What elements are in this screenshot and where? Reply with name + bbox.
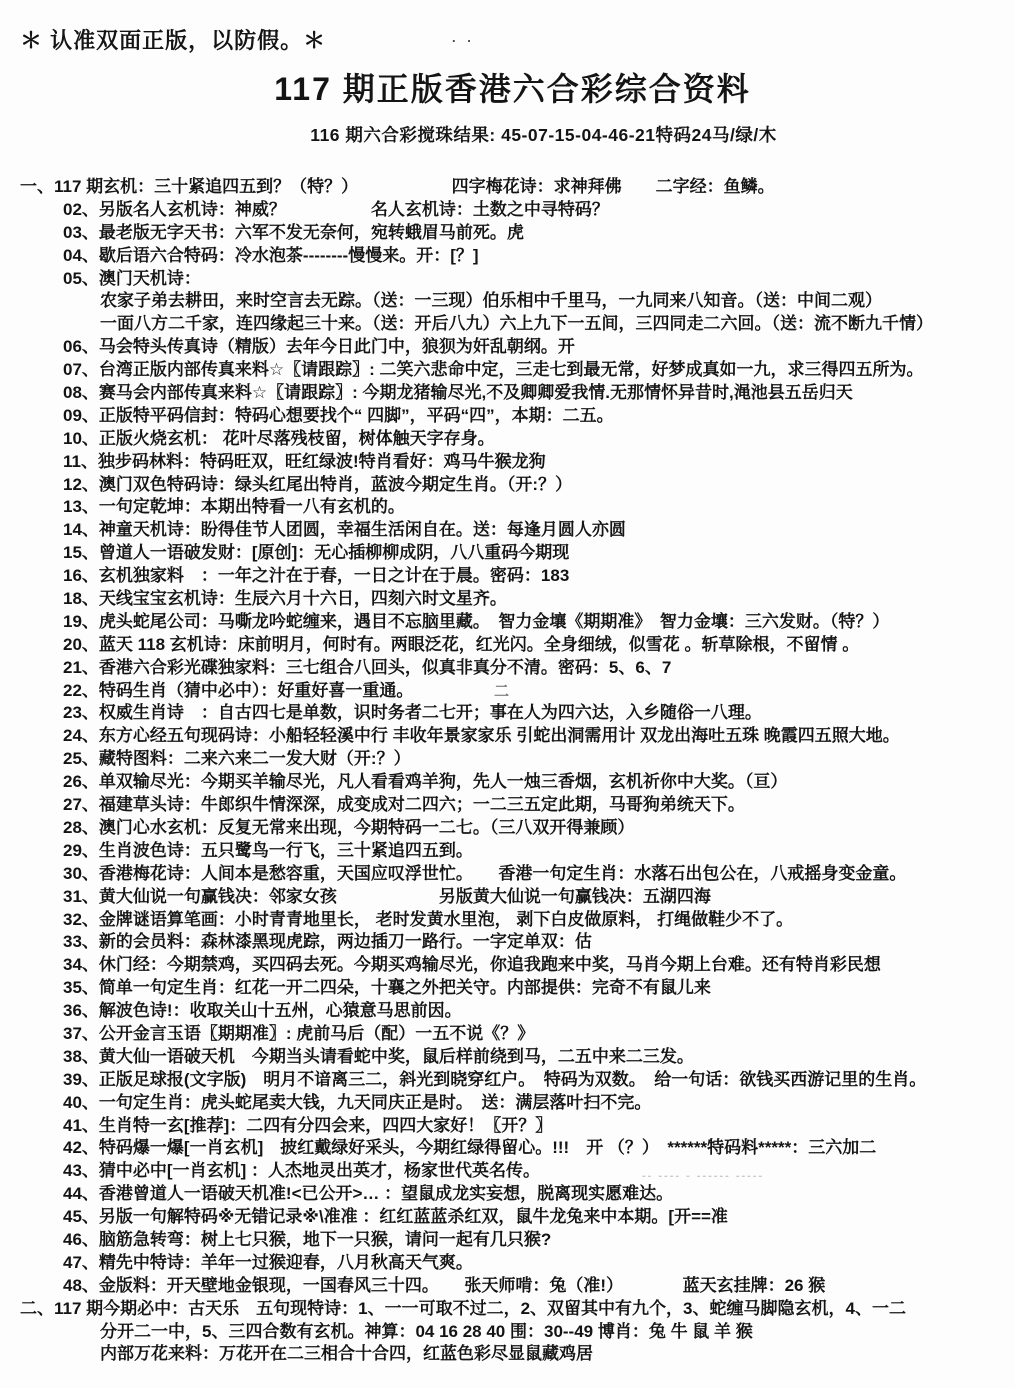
text-line: 41、生肖特一玄[推荐]：二四有分四会来，四四大家好！〖开？〗 <box>0 1115 1015 1138</box>
text-line: 24、东方心经五句现码诗：小船轻轻溪中行 丰收年景家家乐 引蛇出洞需用计 双龙出… <box>0 725 1015 748</box>
text-line: 42、特码爆一爆[一肖玄机] 披红戴绿好采头，今期红绿得留心。!!! 开 （？）… <box>0 1137 1015 1160</box>
text-line: 28、澳门心水玄机：反复无常来出现，今期特码一二七。（三八双开得兼顾） <box>0 817 1015 840</box>
text-line: 07、台湾正版内部传真来料☆〖请跟踪〗: 二笑六悲命中定，三走七到最无常，好梦成… <box>0 359 1015 382</box>
text-line: 29、生肖波色诗：五只鹭鸟一行飞，三十紧追四五到。 <box>0 840 1015 863</box>
text-line: 10、正版火烧玄机： 花叶尽落残枝留，树体触天字存身。 <box>0 428 1015 451</box>
print-smudge-artifact: -- ---- - ------ ----- <box>642 1170 764 1182</box>
text-line: 37、公开金言玉语〖期期准〗: 虎前马后（配）一五不说《？》 <box>0 1023 1015 1046</box>
text-line: 二、117 期今期必中：古天乐 五句现特诗：1、一一可取不过二，2、双留其中有九… <box>0 1298 1015 1321</box>
text-line: 20、蓝天 118 玄机诗：床前明月，何时有。两眼泛花，红光闪。全身细绒，似雪花… <box>0 634 1015 657</box>
text-line: 09、正版特平码信封：特码心想要找个“ 四脚”，平码“四”，本期：二五。 <box>0 405 1015 428</box>
text-line: 26、单双输尽光：今期买羊输尽光，凡人看看鸡羊狗，先人一烛三香烟，玄机祈你中大奖… <box>0 771 1015 794</box>
anti-fake-notice: ＊ 认准双面正版，以防假。＊ <box>20 24 326 55</box>
text-line: 30、香港梅花诗：人间本是愁容重，天国应叹浮世忙。 香港一句定生肖：水落石出包公… <box>0 863 1015 886</box>
text-line: 23、权威生肖诗 ：自古四七是单数，识时务者二七开；事在人为四六达，入乡随俗一八… <box>0 702 1015 725</box>
text-line: 02、另版名人玄机诗：神威？ 名人玄机诗：土数之中寻特码？ <box>0 199 1015 222</box>
text-line: 48、金版料：开天壁地金银现，一国春风三十四。 张天师啃：兔（准!） 蓝天玄挂牌… <box>0 1275 1015 1298</box>
text-line: 14、神童天机诗：盼得佳节人团圆，幸福生活闲自在。送：每逢月圆人亦圆 <box>0 519 1015 542</box>
text-line: 04、歇后语六合特码：冷水泡茶--------慢慢来。开：[？] <box>0 245 1015 268</box>
text-line: 43、猜中必中[一肖玄机] ：人杰地灵出英才，杨家世代英名传。 <box>0 1160 1015 1183</box>
text-line: 44、香港曾道人一语破天机准!<已公开>… ：望鼠成龙实妄想，脱离现实愿难达。 <box>0 1183 1015 1206</box>
text-line: 06、马会特头传真诗（精版）去年今日此门中，狼狈为奸乱朝纲。开 <box>0 336 1015 359</box>
text-line: 33、新的会员料：森林漆黑现虎踪，两边插刀一路行。一字定单双：估 <box>0 931 1015 954</box>
text-line: 15、曾道人一语破发财：[原创]：无心插柳柳成阴，八八重码今期现 <box>0 542 1015 565</box>
text-line: 27、福建草头诗：牛郎织牛情深深，成变成对二四六；一二三五定此期，马哥狗弟统天下… <box>0 794 1015 817</box>
text-line: 11、独步码林料：特码旺双，旺红绿波!特肖看好：鸡马牛猴龙狗 <box>0 451 1015 474</box>
text-line: 46、脑筋急转弯：树上七只猴，地下一只猴，请问一起有几只猴? <box>0 1229 1015 1252</box>
text-line: 16、玄机独家料 ：一年之汁在于春，一日之计在于晨。密码：183 <box>0 565 1015 588</box>
text-line: 34、休门经：今期禁鸡，买四码去死。今期买鸡输尽光，你追我跑来中奖，马肖今期上台… <box>0 954 1015 977</box>
text-line: 一、117 期玄机：三十紧追四五到？（特？） 四字梅花诗：求神拜佛 二字经：鱼鳞… <box>0 176 1015 199</box>
text-line: 36、解波色诗!：收取关山十五州，心猿意马思前因。 <box>0 1000 1015 1023</box>
text-line: 39、正版足球报(文字版) 明月不谙离三二，斜光到晓穿红户。 特码为双数。 给一… <box>0 1069 1015 1092</box>
text-line: 19、虎头蛇尾公司：马嘶龙吟蛇缠来，遇目不忘脑里藏。 智力金壤《期期准》 智力金… <box>0 611 1015 634</box>
text-line: 32、金牌谜语算笔画：小时青青地里长， 老时发黄水里泡， 剥下白皮做原料， 打绳… <box>0 909 1015 932</box>
text-line: 18、天线宝宝玄机诗：生辰六月十六日，四刻六时文星齐。 <box>0 588 1015 611</box>
text-line: 一面八方二千家，连四缘起三十来。（送：开后八九）六上九下一五间，三四同走二六回。… <box>0 313 1015 336</box>
text-line: 31、黄大仙说一句赢钱决：邻家女孩 另版黄大仙说一句赢钱决：五湖四海 <box>0 886 1015 909</box>
text-line: 35、简单一句定生肖：红花一开二四朵，十襄之外把关守。内部提供：完奇不有鼠儿来 <box>0 977 1015 1000</box>
page-title: 117 期正版香港六合彩综合资料 <box>0 64 1015 110</box>
document-body: 一、117 期玄机：三十紧追四五到？（特？） 四字梅花诗：求神拜佛 二字经：鱼鳞… <box>0 176 1015 1366</box>
text-line: 03、最老版无字天书：六军不发无奈何，宛转蛾眉马前死。虎 <box>0 222 1015 245</box>
text-line: 13、一句定乾坤：本期出特看一八有玄机的。 <box>0 496 1015 519</box>
text-line: 21、香港六合彩光碟独家料：三七组合八回头，似真非真分不清。密码：5、6、7 <box>0 657 1015 680</box>
text-line: 05、澳门天机诗： <box>0 268 1015 291</box>
stray-mark-artifact: 二 <box>494 680 509 701</box>
text-line: 农家子弟去耕田，来时空言去无踪。（送：一三现）伯乐相中千里马，一九同来八知音。（… <box>0 290 1015 313</box>
previous-draw-result: 116 期六合彩搅珠结果: 45-07-15-04-46-21特码24马/绿/木 <box>0 122 1015 147</box>
text-line: 内部万花来料：万花开在二三相合十合四，红蓝色彩尽显鼠藏鸡居 <box>0 1343 1015 1366</box>
text-line: 40、一句定生肖：虎头蛇尾卖大钱，九天同庆正是时。 送：满层落叶扫不完。 <box>0 1092 1015 1115</box>
text-line: 38、黄大仙一语破天机 今期当头请看蛇中奖，鼠后样前绕到马，二五中来二三发。 <box>0 1046 1015 1069</box>
text-line: 45、另版一句解特码※无错记录※\准准 ：红红蓝蓝杀红双，鼠牛龙兔来中本期。[开… <box>0 1206 1015 1229</box>
text-line: 25、藏特图料：二来六来二一发大财（开:？） <box>0 748 1015 771</box>
text-line: 分开二一中，5、三四合数有玄机。神算：04 16 28 40 围：30--49 … <box>0 1321 1015 1344</box>
text-line: 08、赛马会内部传真来料☆〖请跟踪〗: 今期龙猪输尽光,不及卿卿爱我情.无那情怀… <box>0 382 1015 405</box>
text-line: 47、精先中特诗：羊年一过猴迎春，八月秋高天气爽。 <box>0 1252 1015 1275</box>
print-dots-artifact: . . <box>452 30 475 45</box>
text-line: 12、澳门双色特码诗：绿头红尾出特肖，蓝波今期定生肖。（开:？） <box>0 474 1015 497</box>
